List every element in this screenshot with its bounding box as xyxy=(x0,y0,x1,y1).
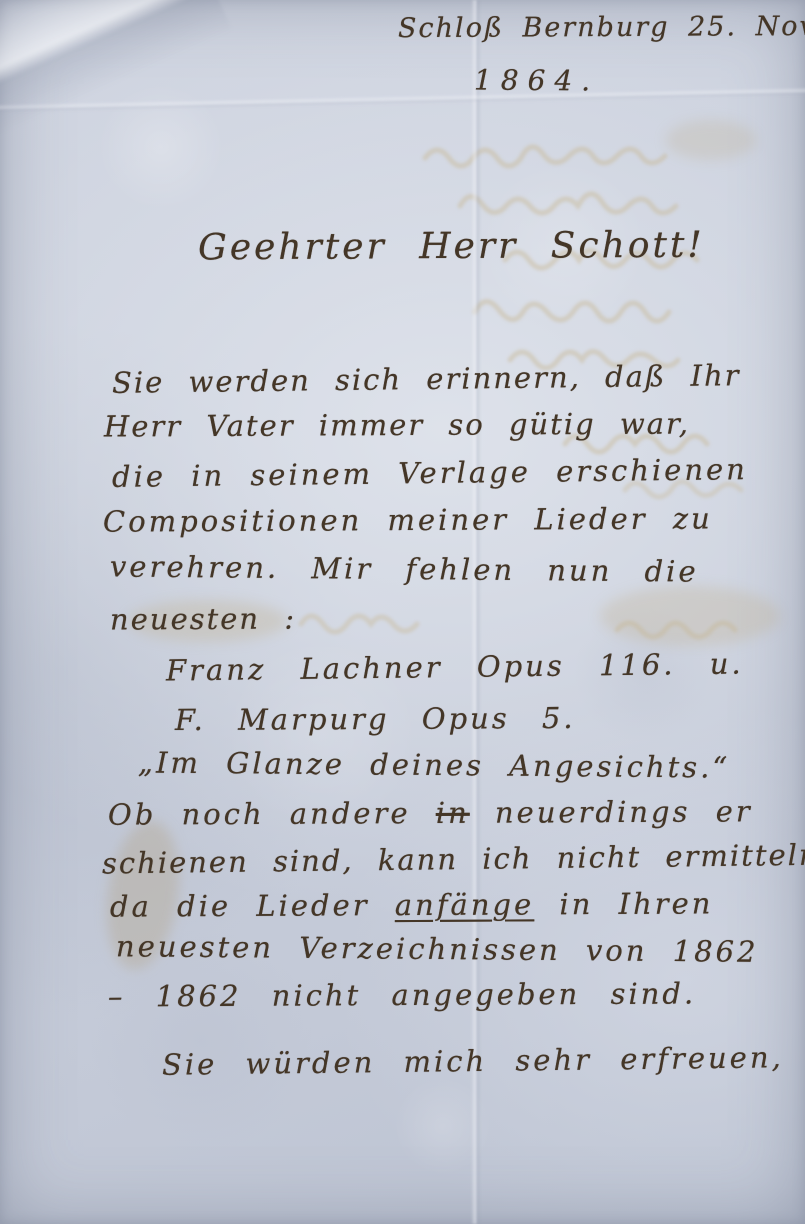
bleed-through-ghost-writing xyxy=(296,604,446,638)
bleed-through-ghost-writing xyxy=(455,182,785,222)
body-line: – 1862 nicht angegeben sind. xyxy=(108,976,696,1013)
body-line-song-title: „Im Glanze deines Angesichts.“ xyxy=(138,745,730,784)
struck-through-word: in xyxy=(436,796,470,830)
corner-crease xyxy=(0,0,233,138)
body-line: Sie werden sich erinnern, daß Ihr xyxy=(112,358,741,400)
dateline: Schloß Bernburg 25. Nov. xyxy=(398,11,805,44)
underlined-word: anfänge xyxy=(395,887,535,922)
letter-page: Schloß Bernburg 25. Nov. 1864. Geehrter … xyxy=(0,0,805,1224)
body-text: da die Lieder xyxy=(110,888,395,923)
body-line: Ob noch andere in neuerdings er xyxy=(108,794,753,831)
body-text: neuerdings er xyxy=(470,794,753,829)
body-line: Herr Vater immer so gütig war, xyxy=(104,406,690,443)
ink-stain xyxy=(600,586,780,646)
ink-stain xyxy=(666,120,756,160)
vertical-fold-crease xyxy=(471,0,481,1224)
body-text: in Ihren xyxy=(534,886,713,921)
bleed-through-ghost-writing xyxy=(470,288,790,328)
body-line: da die Lieder anfänge in Ihren xyxy=(110,886,714,923)
body-line: Compositionen meiner Lieder zu xyxy=(103,501,713,538)
body-line: die in seinem Verlage erschienen xyxy=(112,452,748,494)
body-line: neuesten Verzeichnissen von 1862 xyxy=(116,929,759,969)
body-line-song-title: Franz Lachner Opus 116. u. xyxy=(166,646,744,687)
horizontal-fold-crease xyxy=(0,87,805,112)
bleed-through-ghost-writing xyxy=(612,612,782,646)
body-line: schienen sind, kann ich nicht ermitteln, xyxy=(102,838,805,881)
bleed-through-ghost-writing xyxy=(420,136,790,176)
body-line: Sie würden mich sehr erfreuen, xyxy=(162,1040,784,1082)
body-line: verehren. Mir fehlen nun die xyxy=(110,549,699,588)
body-line-song-title: F. Marpurg Opus 5. xyxy=(175,701,576,737)
year: 1864. xyxy=(474,63,599,97)
salutation: Geehrter Herr Schott! xyxy=(198,225,705,269)
body-text: Ob noch andere xyxy=(108,796,436,832)
body-line: neuesten : xyxy=(110,602,296,637)
